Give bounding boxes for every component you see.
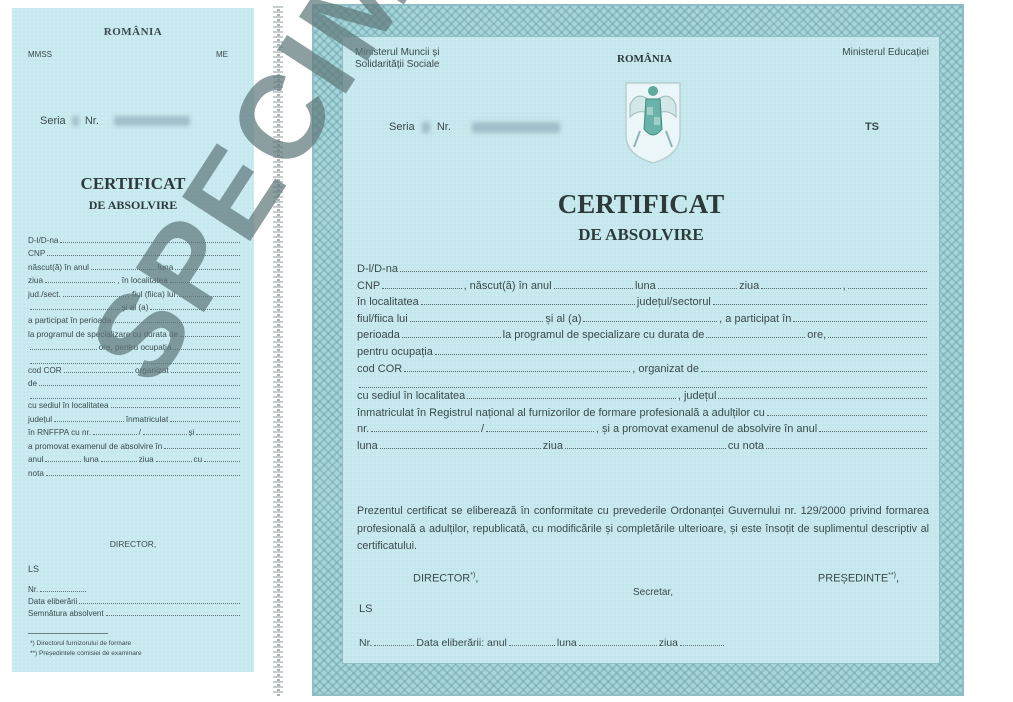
stub-subtitle: DE ABSOLVIRE bbox=[12, 198, 254, 213]
fill-in-blank[interactable] bbox=[713, 294, 927, 305]
form-row: jud./sect., fiul (fiica) lui bbox=[28, 288, 242, 301]
fill-in-blank[interactable] bbox=[39, 377, 240, 386]
footnote-1: *) Directorul furnizorului de formare bbox=[30, 640, 131, 647]
field-label: luna bbox=[83, 454, 98, 466]
form-row: cod CORorganizat bbox=[28, 364, 242, 377]
fill-in-blank[interactable] bbox=[680, 637, 724, 646]
fill-in-blank[interactable] bbox=[706, 327, 805, 338]
field-label: nota bbox=[28, 468, 44, 480]
secretary-label: Secretar, bbox=[633, 587, 673, 598]
fill-in-blank[interactable] bbox=[177, 288, 240, 297]
form-row: Data eliberării bbox=[28, 595, 242, 607]
field-label: CNP bbox=[28, 248, 45, 260]
fill-in-blank[interactable] bbox=[565, 438, 726, 449]
fill-in-blank[interactable] bbox=[404, 361, 630, 372]
field-label: / bbox=[481, 421, 484, 438]
fill-in-blank[interactable] bbox=[196, 426, 240, 435]
fill-in-blank[interactable] bbox=[173, 341, 240, 350]
form-row: perioadala programul de specializare cu … bbox=[357, 327, 929, 344]
redacted-serie bbox=[422, 122, 430, 133]
field-label: Data eliberării: anul bbox=[416, 637, 506, 649]
main-nr-label: Nr. bbox=[437, 121, 451, 133]
certificate-stub: ROMÂNIA MMSS ME Seria Nr. CERTIFICAT DE … bbox=[12, 8, 254, 672]
perforation-line-inner bbox=[277, 6, 280, 696]
stub-bottom-fields: Nr.Data eliberăriiSemnătura absolvent bbox=[28, 583, 242, 619]
fill-in-blank[interactable] bbox=[30, 301, 120, 310]
fill-in-blank[interactable] bbox=[828, 327, 927, 338]
fill-in-blank[interactable] bbox=[761, 278, 840, 289]
field-label: CNP bbox=[357, 278, 380, 295]
field-label: cu nota bbox=[728, 438, 764, 455]
field-label: , județul bbox=[678, 388, 717, 405]
stub-form-fields: D-l/D-naCNPnăscut(ă) în anullunaziua, în… bbox=[28, 234, 242, 480]
fill-in-blank[interactable] bbox=[204, 453, 240, 462]
main-form-fields: D-l/D-naCNP, născut(ă) în anullunaziua,î… bbox=[357, 261, 929, 455]
form-row: a participat în perioada bbox=[28, 314, 242, 327]
field-label: fiul/fiica lui bbox=[357, 311, 408, 328]
fill-in-blank[interactable] bbox=[111, 399, 240, 408]
main-director-signature: DIRECTOR*), bbox=[413, 572, 478, 585]
fill-in-blank[interactable] bbox=[410, 311, 544, 322]
fill-in-blank[interactable] bbox=[170, 274, 240, 283]
fill-in-blank[interactable] bbox=[150, 301, 240, 310]
field-label: luna bbox=[557, 637, 577, 649]
president-footnote-mark: **) bbox=[888, 572, 896, 579]
field-label: ziua bbox=[659, 637, 678, 649]
form-row: nota bbox=[28, 467, 242, 480]
fill-in-blank[interactable] bbox=[64, 364, 133, 373]
footnote-divider bbox=[28, 633, 108, 634]
stub-nr-label: Nr. bbox=[85, 115, 99, 127]
fill-in-blank[interactable] bbox=[767, 405, 927, 416]
field-label: născut(ă) în anul bbox=[28, 262, 89, 274]
field-label: la programul de specializare cu durata d… bbox=[28, 329, 178, 341]
director-label: DIRECTOR bbox=[413, 573, 470, 585]
form-row: nr./, și a promovat examenul de absolvir… bbox=[357, 421, 929, 438]
fill-in-blank[interactable] bbox=[60, 234, 240, 243]
fill-in-blank[interactable] bbox=[170, 413, 240, 422]
fill-in-blank[interactable] bbox=[91, 261, 156, 270]
field-label: și al (a) bbox=[545, 311, 581, 328]
field-label: , născut(ă) în anul bbox=[464, 278, 552, 295]
stub-ls-label: LS bbox=[28, 564, 39, 574]
form-row: anullunaziuacu bbox=[28, 453, 242, 466]
ministry-education: Ministerul Educației bbox=[842, 47, 929, 58]
fill-in-blank[interactable] bbox=[171, 364, 240, 373]
field-label: Semnătura absolvent bbox=[28, 608, 104, 619]
fill-in-blank[interactable] bbox=[400, 261, 927, 272]
form-row: pentru ocupația bbox=[357, 344, 929, 361]
main-subtitle: DE ABSOLVIRE bbox=[343, 225, 939, 245]
form-row: cu sediul în localitatea, județul bbox=[357, 388, 929, 405]
field-label: la programul de specializare cu durata d… bbox=[503, 327, 705, 344]
field-label: , a participat în bbox=[719, 311, 791, 328]
form-row: ore, pentru ocupația bbox=[28, 341, 242, 354]
field-label: județul bbox=[28, 414, 52, 426]
form-row bbox=[357, 377, 929, 388]
field-label: înmatriculat în Registrul național al fu… bbox=[357, 405, 765, 422]
fill-in-blank[interactable] bbox=[554, 278, 633, 289]
fill-in-blank[interactable] bbox=[156, 453, 192, 462]
fill-in-blank[interactable] bbox=[509, 637, 555, 646]
fill-in-blank[interactable] bbox=[718, 388, 927, 399]
field-label: , și a promovat examenul de absolvire în… bbox=[596, 421, 817, 438]
fill-in-blank[interactable] bbox=[579, 637, 657, 646]
field-label: ziua bbox=[739, 278, 759, 295]
field-label: ore, bbox=[807, 327, 826, 344]
form-row: Semnătura absolvent bbox=[28, 607, 242, 619]
fill-in-blank[interactable] bbox=[30, 390, 240, 399]
fill-in-blank[interactable] bbox=[30, 341, 97, 350]
main-serial: Seria Nr. bbox=[389, 121, 560, 133]
main-country: ROMÂNIA bbox=[617, 53, 672, 65]
field-label: în RNFFPA cu nr. bbox=[28, 427, 91, 439]
form-row bbox=[28, 390, 242, 399]
fill-in-blank[interactable] bbox=[143, 426, 187, 435]
field-label: luna bbox=[357, 438, 378, 455]
form-row: D-l/D-na bbox=[28, 234, 242, 247]
field-label: , organizat de bbox=[632, 361, 699, 378]
fill-in-blank[interactable] bbox=[371, 421, 479, 432]
form-row: județulînmatriculat bbox=[28, 413, 242, 426]
field-label: Nr. bbox=[28, 584, 38, 595]
stub-serial: Seria Nr. bbox=[40, 115, 190, 127]
fill-in-blank[interactable] bbox=[382, 278, 461, 289]
form-row: cod COR, organizat de bbox=[357, 361, 929, 378]
field-label: și al (a) bbox=[122, 302, 149, 314]
field-label: Data eliberării bbox=[28, 596, 77, 607]
field-label: a participat în perioada bbox=[28, 315, 111, 327]
field-label: luna bbox=[635, 278, 656, 295]
redacted-number bbox=[472, 122, 560, 133]
fill-in-blank[interactable] bbox=[164, 440, 240, 449]
field-label: , fiul (fiica) lui bbox=[128, 289, 176, 301]
fill-in-blank[interactable] bbox=[180, 328, 240, 337]
field-label: pentru ocupația bbox=[357, 344, 433, 361]
fill-in-blank[interactable] bbox=[106, 607, 240, 616]
main-president-signature: PREȘEDINTE**), bbox=[818, 572, 899, 585]
stub-serie-label: Seria bbox=[40, 115, 66, 127]
form-row: CNP, născut(ă) în anullunaziua, bbox=[357, 278, 929, 295]
field-label: anul bbox=[28, 454, 43, 466]
fill-in-blank[interactable] bbox=[658, 278, 737, 289]
fill-in-blank[interactable] bbox=[175, 261, 240, 270]
form-row: D-l/D-na bbox=[357, 261, 929, 278]
issue-info-row: Nr.Data eliberării: anullunaziua bbox=[359, 637, 789, 649]
footnote-2: **) Președintele comisiei de examinare bbox=[30, 650, 142, 657]
form-row: CNP bbox=[28, 247, 242, 260]
stub-left-code: MMSS bbox=[28, 50, 52, 59]
fill-in-blank[interactable] bbox=[486, 421, 594, 432]
ministry-labor: Ministerul Muncii și Solidarității Socia… bbox=[355, 47, 440, 71]
fill-in-blank[interactable] bbox=[46, 467, 240, 476]
field-label: cod COR bbox=[28, 365, 62, 377]
main-serie-label: Seria bbox=[389, 121, 415, 133]
main-title: CERTIFICAT bbox=[343, 189, 939, 220]
field-label: și bbox=[189, 427, 195, 439]
fill-in-blank[interactable] bbox=[113, 314, 240, 323]
form-row: ziua, în localitatea bbox=[28, 274, 242, 287]
field-label: , în localitatea bbox=[117, 275, 168, 287]
redacted-serie bbox=[72, 116, 79, 126]
fill-in-blank[interactable] bbox=[45, 453, 81, 462]
form-row: în localitateajudețul/sectorul bbox=[357, 294, 929, 311]
fill-in-blank[interactable] bbox=[45, 274, 115, 283]
field-label: luna bbox=[158, 262, 173, 274]
form-row: la programul de specializare cu durata d… bbox=[28, 328, 242, 341]
form-row: lunaziuacu nota bbox=[357, 438, 929, 455]
fill-in-blank[interactable] bbox=[766, 438, 927, 449]
fill-in-blank[interactable] bbox=[30, 355, 240, 364]
field-label: înmatriculat bbox=[126, 414, 168, 426]
stub-director-label: DIRECTOR, bbox=[12, 539, 254, 549]
form-row: a promovat examenul de absolvire în bbox=[28, 440, 242, 453]
field-label: a promovat examenul de absolvire în bbox=[28, 441, 162, 453]
fill-in-blank[interactable] bbox=[583, 311, 717, 322]
field-label: cod COR bbox=[357, 361, 402, 378]
form-row: născut(ă) în anulluna bbox=[28, 261, 242, 274]
form-row: fiul/fiica luiși al (a), a participat în bbox=[357, 311, 929, 328]
field-label: , bbox=[843, 278, 846, 295]
form-row: de bbox=[28, 377, 242, 390]
field-label: D-l/D-na bbox=[28, 235, 58, 247]
fill-in-blank[interactable] bbox=[93, 426, 137, 435]
stub-country: ROMÂNIA bbox=[12, 26, 254, 38]
field-label: nr. bbox=[357, 421, 369, 438]
form-row bbox=[28, 355, 242, 364]
field-label: cu sediul în localitatea bbox=[28, 400, 109, 412]
ts-label: TS bbox=[865, 121, 879, 133]
ministry-labor-line1: Ministerul Muncii și bbox=[355, 47, 440, 59]
field-label: ziua bbox=[28, 275, 43, 287]
field-label: D-l/D-na bbox=[357, 261, 398, 278]
field-label: jud./sect. bbox=[28, 289, 61, 301]
fill-in-blank[interactable] bbox=[40, 583, 86, 592]
fill-in-blank[interactable] bbox=[79, 595, 240, 604]
form-row: înmatriculat în Registrul național al fu… bbox=[357, 405, 929, 422]
field-label: ore, pentru ocupația bbox=[99, 342, 172, 354]
form-row: în RNFFPA cu nr./și bbox=[28, 426, 242, 439]
form-row: cu sediul în localitatea bbox=[28, 399, 242, 412]
field-label: perioada bbox=[357, 327, 400, 344]
certificate-body: Ministerul Muncii și Solidarității Socia… bbox=[342, 36, 940, 664]
field-label: ziua bbox=[139, 454, 154, 466]
director-footnote-mark: *) bbox=[470, 572, 475, 579]
field-label: organizat bbox=[135, 365, 169, 377]
fill-in-blank[interactable] bbox=[54, 413, 124, 422]
fill-in-blank[interactable] bbox=[701, 361, 927, 372]
fill-in-blank[interactable] bbox=[47, 247, 240, 256]
fill-in-blank[interactable] bbox=[848, 278, 927, 289]
fill-in-blank[interactable] bbox=[421, 294, 635, 305]
form-row: și al (a) bbox=[28, 301, 242, 314]
fill-in-blank[interactable] bbox=[359, 377, 927, 388]
fill-in-blank[interactable] bbox=[793, 311, 927, 322]
field-label: de bbox=[28, 378, 37, 390]
stub-right-code: ME bbox=[216, 50, 228, 59]
field-label: Nr. bbox=[359, 637, 372, 649]
field-label: județul/sectorul bbox=[637, 294, 711, 311]
fill-in-blank[interactable] bbox=[435, 344, 927, 355]
redacted-number bbox=[114, 116, 190, 126]
field-label: cu sediul în localitatea bbox=[357, 388, 465, 405]
fill-in-blank[interactable] bbox=[380, 438, 541, 449]
field-label: ziua bbox=[543, 438, 563, 455]
form-row: Nr. bbox=[28, 583, 242, 595]
field-label: în localitatea bbox=[357, 294, 419, 311]
stub-title: CERTIFICAT bbox=[12, 174, 254, 194]
fill-in-blank[interactable] bbox=[101, 453, 137, 462]
legal-paragraph: Prezentul certificat se eliberează în co… bbox=[357, 503, 929, 556]
fill-in-blank[interactable] bbox=[402, 327, 501, 338]
main-ls-label: LS bbox=[359, 603, 372, 615]
certificate-main: Ministerul Muncii și Solidarității Socia… bbox=[312, 4, 964, 696]
ministry-labor-line2: Solidarității Sociale bbox=[355, 59, 440, 71]
fill-in-blank[interactable] bbox=[374, 637, 414, 646]
president-label: PREȘEDINTE bbox=[818, 573, 888, 585]
field-label: / bbox=[139, 427, 141, 439]
fill-in-blank[interactable] bbox=[819, 421, 927, 432]
fill-in-blank[interactable] bbox=[63, 288, 126, 297]
fill-in-blank[interactable] bbox=[467, 388, 676, 399]
field-label: cu bbox=[194, 454, 203, 466]
romania-coat-of-arms-icon bbox=[620, 69, 686, 165]
